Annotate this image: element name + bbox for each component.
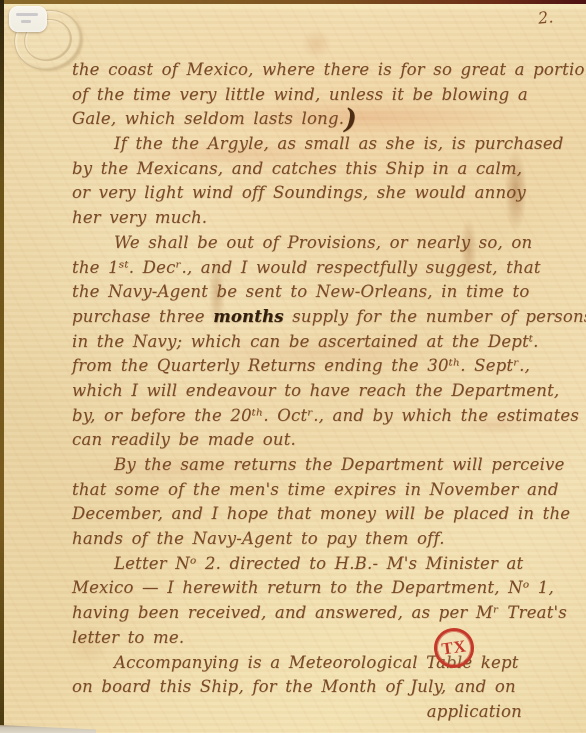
- letter-line: having been received, and answered, as p…: [72, 601, 578, 626]
- overwritten-word: months: [213, 307, 284, 326]
- page-number: 2.: [537, 7, 554, 27]
- letter-line: If the the Argyle, as small as she is, i…: [72, 132, 578, 157]
- letter-line: hands of the Navy-Agent to pay them off.: [72, 527, 578, 552]
- letter-line: the 1ˢᵗ. Decʳ., and I would respectfully…: [72, 256, 578, 281]
- letter-line: the coast of Mexico, where there is for …: [72, 58, 578, 83]
- sticker-faint-mark: [21, 20, 31, 23]
- letter-line: can readily be made out.: [72, 428, 578, 453]
- letter-line: from the Quarterly Returns ending the 30…: [72, 354, 578, 379]
- catchword: application: [72, 700, 578, 725]
- archive-sticker: [9, 6, 47, 32]
- letter-line: We shall be out of Provisions, or nearly…: [72, 231, 578, 256]
- letter-line: or very light wind off Soundings, she wo…: [72, 181, 578, 206]
- closing-parenthesis: ): [344, 104, 357, 135]
- letter-line: December, and I hope that money will be …: [72, 502, 578, 527]
- letter-line: the Navy-Agent be sent to New-Orleans, i…: [72, 280, 578, 305]
- page-top-highlight: [0, 4, 586, 12]
- letter-line: by the Mexicans, and catches this Ship i…: [72, 157, 578, 182]
- letter-line-text: Gale, which seldom lasts long.: [72, 109, 344, 128]
- letter-line: Gale, which seldom lasts long.): [72, 107, 578, 132]
- letter-line: purchase three months supply for the num…: [72, 305, 578, 330]
- letter-line: Letter Nᵒ 2. directed to H.B.- M's Minis…: [72, 552, 578, 577]
- tx-stamp-text: TX: [440, 636, 467, 659]
- letter-line-text: purchase three: [72, 307, 213, 326]
- letter-line: Accompanying is a Meteorological Table k…: [72, 651, 578, 676]
- manuscript-page: 2. the coast of Mexico, where there is f…: [0, 0, 586, 733]
- letter-line-text: supply for the number of persons: [284, 307, 586, 326]
- letter-line: by, or before the 20ᵗʰ. Octʳ., and by wh…: [72, 404, 578, 429]
- letter-line: of the time very little wind, unless it …: [72, 83, 578, 108]
- letter-line: letter to me.: [72, 626, 578, 651]
- letter-line: her very much.: [72, 206, 578, 231]
- letter-line: that some of the men's time expires in N…: [72, 478, 578, 503]
- letter-line: Mexico — I herewith return to the Depart…: [72, 576, 578, 601]
- letter-line: which I will endeavour to have reach the…: [72, 379, 578, 404]
- page-left-edge: [0, 0, 4, 733]
- letter-line: in the Navy; which can be ascertained at…: [72, 330, 578, 355]
- letter-line: By the same returns the Department will …: [72, 453, 578, 478]
- letter-line: on board this Ship, for the Month of Jul…: [72, 675, 578, 700]
- letter-body: the coast of Mexico, where there is for …: [72, 58, 578, 725]
- sticker-faint-mark: [16, 13, 38, 16]
